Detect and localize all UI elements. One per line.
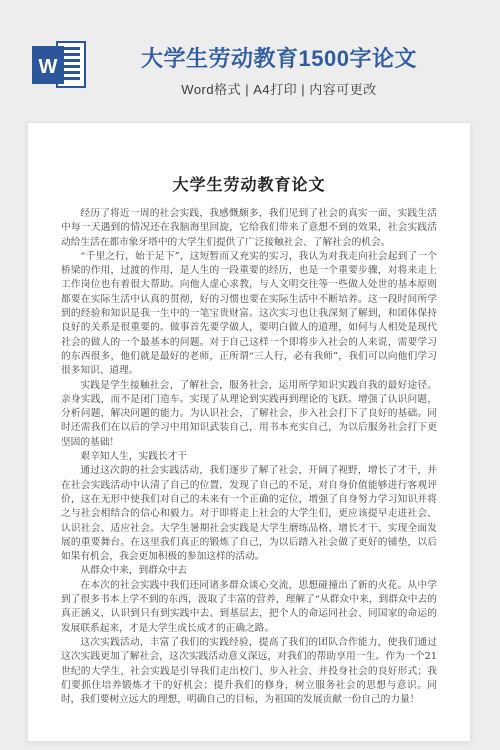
header: W 大学生劳动教育1500字论文 Word格式 | A4打印 | 内容可更改 <box>0 0 500 122</box>
paragraph: 从群众中来，到群众中去 <box>61 564 437 578</box>
paragraph: 在本次的社会实践中我们还同诸多群众谈心交流，思想碰撞出了新的火花。从中学到了很多… <box>61 579 437 636</box>
paragraph: 经历了将近一周的社会实践，我感慨颇多，我们见到了社会的真实一面，实践生活中每一天… <box>61 207 437 250</box>
document-title: 大学生劳动教育论文 <box>61 173 437 197</box>
page-background: W 大学生劳动教育1500字论文 Word格式 | A4打印 | 内容可更改 大… <box>0 0 500 750</box>
paragraph: 这次实践活动，丰富了我们的实践经验，提高了我们的团队合作能力，使我们通过这次实践… <box>61 636 437 707</box>
page-subtitle: Word格式 | A4打印 | 内容可更改 <box>58 79 500 98</box>
paragraph: 艰辛知人生，实践长才干 <box>61 450 437 464</box>
paragraph: 通过这次韵的社会实践活动，我们逐步了解了社会，开阔了视野，增长了才干，并在社会实… <box>61 464 437 564</box>
document-page: 大学生劳动教育论文 经历了将近一周的社会实践，我感慨颇多，我们见到了社会的真实一… <box>27 122 471 742</box>
paragraph: 实践是学生接触社会，了解社会，服务社会，运用所学知识实践自我的最好途径。亲身实践… <box>61 379 437 450</box>
document-paragraphs: 经历了将近一周的社会实践，我感慨颇多，我们见到了社会的真实一面，实践生活中每一天… <box>61 207 437 707</box>
svg-text:W: W <box>39 56 58 78</box>
paragraph: “千里之行，始于足下”，这短暂而又充实的实习，我认为对我走向社会起到了一个桥梁的… <box>61 250 437 379</box>
header-text: 大学生劳动教育1500字论文 Word格式 | A4打印 | 内容可更改 <box>58 0 500 98</box>
word-icon: W <box>30 40 88 92</box>
page-title: 大学生劳动教育1500字论文 <box>58 46 500 72</box>
